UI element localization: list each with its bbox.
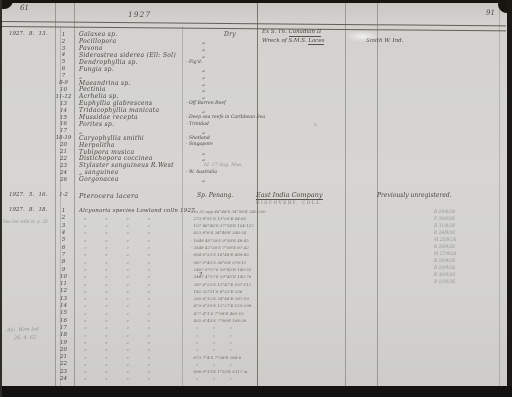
taxon-entry-s2: Pterocera lacera [79,193,139,200]
preservation-ditto: „ [202,177,205,183]
specimen-number: 26 [55,178,72,184]
received-date-pencil: P 30/8/26 [434,218,455,222]
taxon-entry: Herpolitha [79,143,115,149]
specimen-number: 4 [55,53,72,59]
scanned-register-page: 61 1927 91 1927. 8. 13. Ex S. Th. Canadi… [0,0,512,397]
specimen-number: 3 [55,224,72,230]
specimen-number: 10 [55,275,72,281]
ditto-marks: „ „ „ „ [84,289,150,294]
specimen-number: 17 [55,326,72,332]
specimen-number: 23 [55,164,72,170]
taxon-entry: „ [79,129,82,135]
register-date-entry-3: 1927. 8. 18. [9,208,47,214]
specimen-number: 16 [55,319,72,325]
preservation-ditto: „ [202,53,205,59]
station-entry: · 1648 40°28'S 9°58'E 48-45 [191,239,249,243]
locality-note: - Fig'd. [186,61,202,66]
specimen-number: 14 [55,304,72,310]
specimen-number: 5 [55,60,72,66]
company-note: East India Company [256,192,323,200]
ditto-marks: „ „ „ „ [84,260,150,265]
specimen-number: 6 [55,67,72,73]
ditto-marks: „ „ „ „ [84,369,150,374]
preservation-ditto: „ [202,156,205,162]
station-entry: · 896 9°13'S 1°35'E 5317 m [191,370,247,374]
scan-edge-bottom [0,386,512,397]
taxon-entry: Gorgonacea [79,177,119,183]
received-date-pencil: R 24/9/26 [434,232,455,236]
station-ditto: „ „ „ [196,326,232,331]
specimen-number: 20 [55,143,72,149]
received-date-pencil: R 29/8/26 [434,211,455,215]
preservation-ditto: „ [202,74,205,80]
station-entry: · 2467 6°57'S 39°45'E 140-52 [191,268,251,272]
ditto-marks: „ „ „ „ [84,303,150,308]
locality-note: - Off Barren Reef [186,102,226,107]
station-entry: · 287 8°22'S 12°47'E 107-112 [191,283,251,287]
ditto-marks: „ „ „ „ [84,282,150,287]
specimen-number: 4 [55,231,72,237]
ditto-marks: „ „ „ „ [84,362,150,367]
ditto-marks: „ „ „ „ [84,274,150,279]
register-date-entry-1: 1927. 8. 13. [9,32,47,38]
received-date-pencil: B 30/9/26 [434,274,455,278]
ditto-marks: „ „ „ „ [84,252,150,257]
ditto-marks: „ „ „ „ [84,238,150,243]
ditto-marks: „ „ „ „ [84,333,150,338]
ditto-marks: „ „ „ „ [84,216,150,221]
preservation-ditto: „ [202,108,205,114]
ditto-marks: „ „ „ „ [84,347,150,352]
specimen-number: 8-9 [55,81,72,87]
specimen-number: 22 [55,362,72,368]
specimen-number: 21 [55,355,72,361]
specimen-number: 7 [55,74,72,80]
received-date-pencil: M 25/9/26 [434,239,456,243]
preservation-ditto: „ [202,67,205,73]
specimen-number: 7 [55,253,72,259]
page-scratch-highlight [346,31,380,42]
station-entry: · 823 8°6'S 34°48'E 346-24 [191,231,246,235]
margin-note2-line2: 26. 4. 62 [14,336,36,342]
specimen-number: 18 [55,333,72,339]
received-date-pencil: R 28/9/26 [434,260,455,264]
preservation-ditto: „ [202,94,205,100]
taxon-entry: Dendrophyllia sp. [79,60,138,66]
taxon-entry: Fungia sp. [79,67,114,73]
column-rule-description [182,26,183,386]
provenance-note-line2: Wreck of S.M.S. Laces [262,39,324,45]
previously-unregistered-note: Previously unregistered. [377,193,452,199]
ditto-marks: „ „ „ „ [84,325,150,330]
vessel-name2: Laces [308,38,324,46]
specimen-number: 15 [55,311,72,317]
station-entry: · 3467 4°37'S 29°45'E 145-76 [191,275,251,279]
collection-note: DISCOVERY. COLL. [256,202,324,207]
ditto-marks: „ „ „ „ [84,267,150,272]
received-date-pencil: M 27/9/26 [434,253,456,257]
page-number-left: 61 [20,5,29,12]
station-ditto: „ „ „ [196,348,232,353]
specimen-number: 19 [55,341,72,347]
preservation-label: Dry [224,32,236,38]
specimen-number: 11-12 [55,95,72,101]
station-entry: · 182 32°31'S 8°31'E 256 [191,290,242,294]
locality-note: - W. Australia [186,171,217,176]
description-entry: Alcyonaria species Lowland colln 1927 [79,209,195,215]
specimen-number: 20 [55,348,72,354]
station-ditto: „ „ „ [196,334,232,339]
station-entry: · 492 6°45'S 7°58'E 108-28 [191,319,246,323]
column-rule-source [345,2,346,386]
specimen-number: 13 [55,102,72,108]
station-entry: · 2648 42°36'S 7°58'E 87-42 [191,246,249,250]
header-rule-bottom [2,26,506,31]
specimen-number: 11 [55,282,72,288]
taxon-entry: „ [79,74,82,80]
ditto-marks: „ „ „ „ [84,311,150,316]
scan-edge-left [0,0,2,397]
specimen-number: 23 [55,370,72,376]
ditto-marks: „ „ „ „ [84,245,150,250]
taxon-entry: Porites sp. [79,122,114,128]
specimen-number: 22 [55,157,72,163]
ditto-marks: „ „ „ „ [84,223,150,228]
vessel-name: Canadian II [289,29,322,37]
column-rule-right-edge [499,2,500,386]
station-entry: · 477 4°1'S 7°58'E 460-10 [191,312,244,316]
preservation-ditto: „ [202,129,205,135]
locality-note: - Trinidad [186,123,209,128]
received-date-pencil: R 29/9/26 [434,267,455,271]
specimen-number: 3 [55,47,72,53]
station-entry: · 673 7°4'S 7°58'E 284-6 [191,356,241,360]
taxon-entry: Siderastrea siderea (Ell: Sol) [79,53,176,59]
locality-note: - Singapore [186,143,213,148]
locality-note: - Deep sea reefs in Caribbean Sea [186,116,265,121]
station-ditto: „ „ „ [196,377,232,382]
specimen-number: 24 [55,171,72,177]
register-page: 61 1927 91 1927. 8. 13. Ex S. Th. Canadi… [0,2,507,386]
column-rule-number [74,2,75,386]
specimen-number: 14 [55,109,72,115]
specimen-number: 1 [55,209,72,215]
locality-note: - Shetland [186,137,210,142]
ditto-marks: „ „ „ „ [84,340,150,345]
ditto-marks: „ „ „ „ [84,230,150,235]
specimen-number: 10 [55,88,72,94]
page-number-right: 91 [486,10,495,17]
register-date-entry-2: 1927. 5. 16. [9,193,47,199]
ditto-marks: „ „ „ „ [84,318,150,323]
scan-edge-top [0,0,512,3]
specimen-number: 21 [55,150,72,156]
specimen-number-range: 1-2 [55,193,72,199]
station-entry: Stn 32 app 46°48'S 34°58'E 345-250 [191,210,266,214]
locality-note-s2: Sp. Penang. [197,193,233,199]
specimen-number: 9 [55,268,72,274]
specimen-number: 1 [55,33,72,39]
specimen-number: 16 [55,122,72,128]
specimen-number: 17 [55,129,72,135]
station-entry: · 260 6°12'S 34°48'E 287-19 [191,297,249,301]
header-rule-top [2,21,506,26]
pencil-identification-note: Id. 17 Aug. Mus. [204,164,243,169]
received-date-pencil: R 1/10/26 [434,281,455,285]
margin-note2-line1: Alc. W/m list [7,327,39,333]
provenance-note-line1: Ex S. Th. Canadian II [262,30,321,36]
received-date-pencil: R 26/9/26 [434,246,455,250]
specimen-number: 15 [55,116,72,122]
stray-mark-x: x [314,123,317,128]
specimen-number: 8 [55,260,72,266]
margin-note-pencil: See list with st. p. 26 [3,220,48,224]
received-date-pencil: R 31/8/26 [434,225,455,229]
scan-edge-right [507,0,512,397]
specimen-number: 2 [55,216,72,222]
specimen-number: 12 [55,289,72,295]
ditto-marks: „ „ „ „ [84,355,150,360]
specimen-number: 5 [55,238,72,244]
station-ditto: „ „ „ [196,341,232,346]
specimen-number: 13 [55,297,72,303]
provenance-prefix2: Wreck of S.M.S. [262,38,307,44]
specimen-number: 24 [55,377,72,383]
specimen-number: 2 [55,40,72,46]
station-ditto: „ „ „ [196,363,232,368]
station-entry: · 987 5°45'S 36°8'E 578-12 [191,261,246,265]
station-entry: · 273 8°51'S 13°05'E 64-65 [191,217,246,221]
station-entry: · 479 6°35'S 12°27'E 129-298 [191,304,251,308]
ditto-marks: „ „ „ „ [84,376,150,381]
specimen-number: 6 [55,246,72,252]
station-entry: · 894 6°53'S 16°48'E 489-43 [191,253,249,257]
provenance-prefix: Ex S. Th. [262,29,287,35]
ditto-marks: „ „ „ „ [84,296,150,301]
specimen-number: 18-19 [55,136,72,142]
year-header: 1927 [128,11,151,19]
taxon-entry: Caryophyllia smithi [79,136,144,142]
station-entry: · 107 46°48'S 37°54'E 104-112 [191,224,254,228]
